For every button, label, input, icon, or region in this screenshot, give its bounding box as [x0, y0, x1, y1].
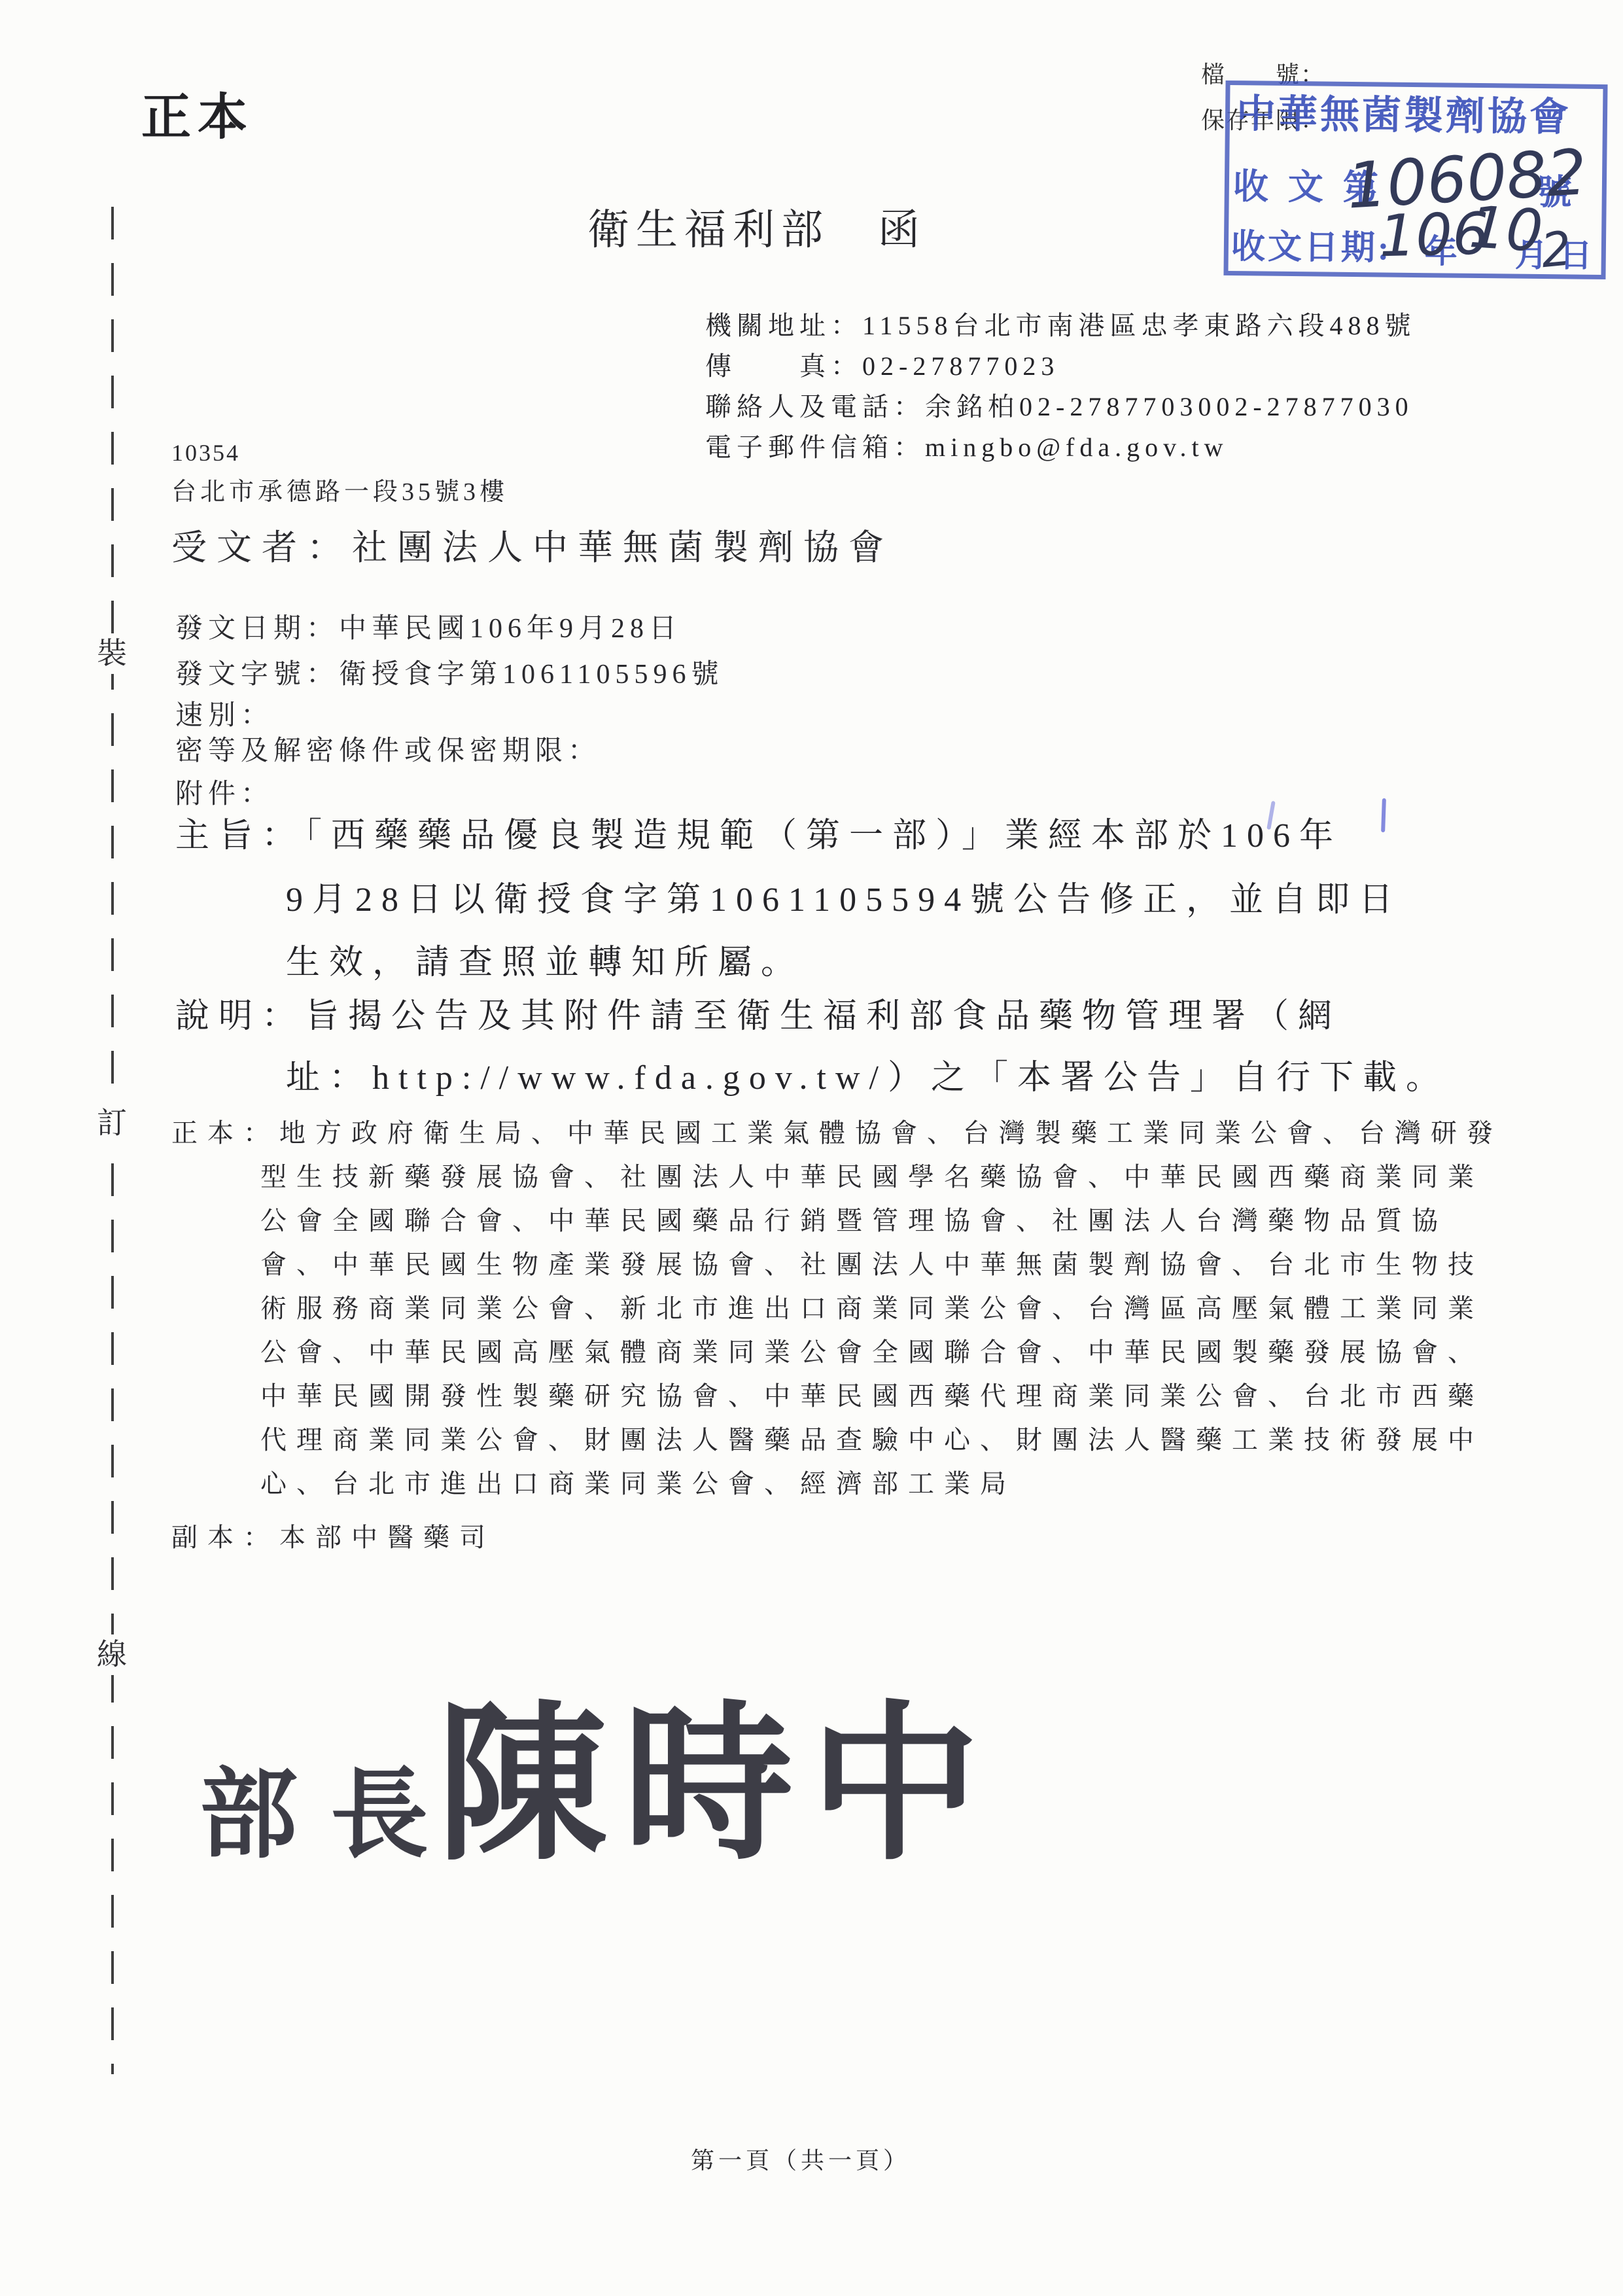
recipient-address: 台北市承德路一段35號3樓 [171, 480, 508, 504]
sender-address: 機關地址：11558台北市南港區忠孝東路六段488號 [705, 313, 1416, 339]
stamp-date-label: 收文日期: [1231, 230, 1392, 266]
distribution-line: 中華民國開發性製藥研究協會、中華民國西藥代理商業同業公會、台北市西藥 [260, 1383, 1484, 1409]
issue-date-line: 發文日期：中華民國106年9月28日 [175, 615, 682, 643]
distribution-line: 型生技新藥發展協會、社團法人中華民國學名藥協會、中華民國西藥商業同業 [260, 1164, 1484, 1190]
receipt-stamp: 中華無菌製劑協會 收文第 號 收文日期: 年 月 日 106082 106 10… [1223, 80, 1607, 279]
recipient-zip: 10354 [171, 441, 240, 465]
subject-line: 主旨：「西藥藥品優良製造規範（第一部）」業經本部於106年 [175, 819, 1342, 853]
binding-mark-ding: 訂 [96, 1103, 128, 1144]
stamp-org-name: 中華無菌製劑協會 [1236, 94, 1572, 137]
sender-fax: 傳 真：02-27877023 [705, 353, 1059, 380]
distribution-line: 公會全國聯合會、中華民國藥品行銷暨管理協會、社團法人台灣藥物品質協 [260, 1208, 1448, 1234]
distribution-line: 公會、中華民國高壓氣體商業同業公會全國聯合會、中華民國製藥發展協會、 [260, 1339, 1484, 1366]
signature-name: 陳時中 [437, 1701, 996, 1871]
signature-title: 部長 [200, 1767, 461, 1865]
distribution-line: 心、台北市進出口商業同業公會、經濟部工業局 [260, 1471, 1016, 1497]
description-line: 址：http://www.fda.gov.tw/）之「本署公告」自行下載。 [286, 1061, 1449, 1095]
handwritten-day: 2 [1539, 224, 1573, 274]
distribution-line: 術服務商業同業公會、新北市進出口商業同業公會、台灣區高壓氣體工業同業 [260, 1296, 1484, 1322]
subject-line: 9月28日以衛授食字第1061105594號公告修正，並自即日 [286, 883, 1402, 917]
distribution-line: 代理商業同業公會、財團法人醫藥品查驗中心、財團法人醫藥工業技術發展中 [260, 1427, 1484, 1453]
binding-mark-zhuang: 裝 [96, 633, 128, 674]
sender-email: 電子郵件信箱：mingbo@fda.gov.tw [705, 434, 1229, 461]
attachment-line: 附件： [175, 781, 273, 808]
document-title: 衛生福利部 函 [587, 209, 926, 251]
cc-line: 副本：本部中醫藥司 [171, 1525, 495, 1551]
binding-mark-xian: 線 [96, 1634, 128, 1675]
page-footer: 第一頁（共一頁） [691, 2149, 911, 2172]
scanned-letter-page: 正本 檔 號： 保存年限： 中華無菌製劑協會 收文第 號 收文日期: 年 月 日… [0, 0, 1623, 2296]
handwritten-month: 10 [1468, 198, 1544, 260]
doc-number-line: 發文字號：衛授食字第1061105596號 [175, 661, 724, 688]
copy-type-label: 正本 [141, 93, 254, 143]
distribution-line: 正本：地方政府衛生局、中華民國工業氣體協會、台灣製藥工業同業公會、台灣研發 [171, 1120, 1503, 1146]
sender-contact: 聯絡人及電話：余銘柏02-2787703002-27877030 [705, 394, 1414, 420]
recipient-line: 受文者：社團法人中華無菌製劑協會 [171, 530, 894, 565]
description-line: 說明：旨揭公告及其附件請至衛生福利部食品藥物管理署（網 [175, 1000, 1341, 1034]
subject-line: 生效，請查照並轉知所屬。 [286, 946, 804, 980]
speed-line: 速別： [175, 702, 273, 730]
pen-mark [1381, 798, 1386, 832]
security-line: 密等及解密條件或保密期限： [175, 737, 601, 765]
distribution-line: 會、中華民國生物產業發展協會、社團法人中華無菌製劑協會、台北市生物技 [260, 1252, 1484, 1278]
